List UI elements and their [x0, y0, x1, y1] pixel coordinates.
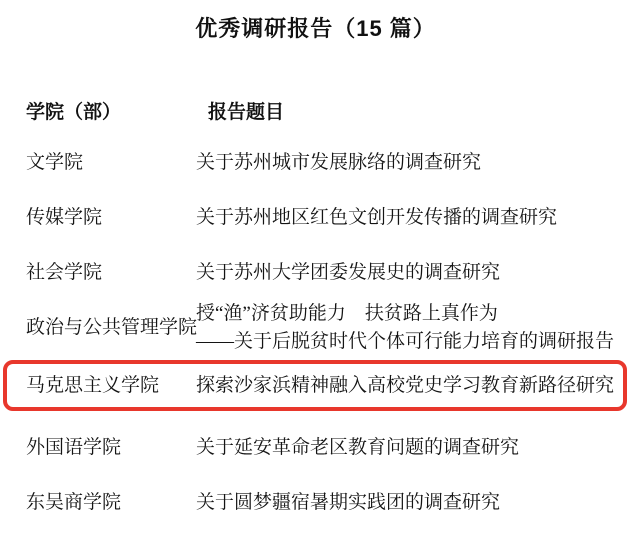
table-row-highlighted: 马克思主义学院 探索沙家浜精神融入高校党史学习教育新路径研究: [0, 374, 631, 398]
college-cell: 文学院: [0, 151, 196, 175]
report-title-cell: 探索沙家浜精神融入高校党史学习教育新路径研究: [196, 374, 631, 398]
table-header: 学院（部） 报告题目: [0, 101, 631, 125]
college-cell: 外国语学院: [0, 436, 196, 460]
table-row: 政治与公共管理学院 授“渔”济贫助能力 扶贫路上真作为 ——关于后脱贫时代个体可…: [0, 300, 631, 356]
report-title-cell: 关于苏州地区红色文创开发传播的调查研究: [196, 206, 631, 230]
report-title-cell: 关于苏州城市发展脉络的调查研究: [196, 151, 631, 175]
report-title-cell: 授“渔”济贫助能力 扶贫路上真作为 ——关于后脱贫时代个体可行能力培育的调研报告: [196, 300, 631, 356]
table-row: 社会学院 关于苏州大学团委发展史的调查研究: [0, 261, 631, 285]
document-page: 优秀调研报告（15 篇） 学院（部） 报告题目 文学院 关于苏州城市发展脉络的调…: [0, 0, 631, 535]
table-row: 传媒学院 关于苏州地区红色文创开发传播的调查研究: [0, 206, 631, 230]
college-cell: 马克思主义学院: [0, 374, 196, 398]
college-cell: 东吴商学院: [0, 491, 196, 515]
table-row: 东吴商学院 关于圆梦疆宿暑期实践团的调查研究: [0, 491, 631, 515]
column-header-college: 学院（部）: [0, 101, 196, 125]
report-title-cell: 关于延安革命老区教育问题的调查研究: [196, 436, 631, 460]
table-row: 文学院 关于苏州城市发展脉络的调查研究: [0, 151, 631, 175]
college-cell: 社会学院: [0, 261, 196, 285]
table-row: 外国语学院 关于延安革命老区教育问题的调查研究: [0, 436, 631, 460]
college-cell: 传媒学院: [0, 206, 196, 230]
report-title-cell: 关于圆梦疆宿暑期实践团的调查研究: [196, 491, 631, 515]
column-header-report: 报告题目: [196, 101, 631, 125]
college-cell: 政治与公共管理学院: [0, 316, 196, 340]
page-title: 优秀调研报告（15 篇）: [0, 12, 631, 43]
report-title-cell: 关于苏州大学团委发展史的调查研究: [196, 261, 631, 285]
